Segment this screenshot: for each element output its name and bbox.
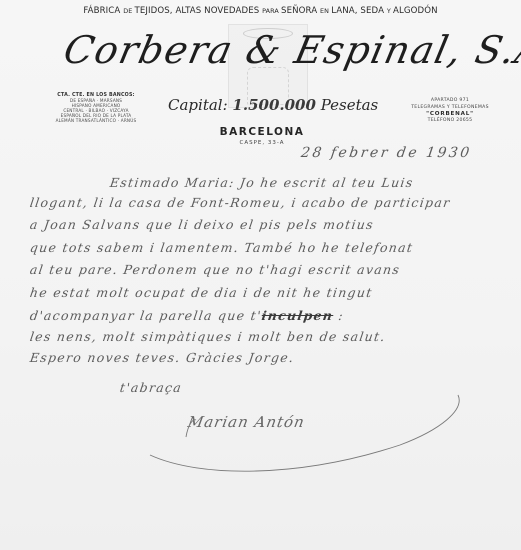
capital-currency: Pesetas bbox=[316, 96, 378, 114]
street-address: CASPE, 33-A bbox=[216, 140, 308, 146]
contact-info: APARTADO 971 TELEGRAMAS Y TELEFONEMAS "C… bbox=[406, 98, 494, 124]
company-name: Corbera & Espinal, S.A. bbox=[60, 28, 489, 72]
tagline-part: TEJIDOS, ALTAS NOVEDADES bbox=[135, 6, 263, 16]
letter-line: d'acompanyar la parella que t'inculpen : bbox=[29, 308, 345, 323]
letter-salutation: Estimado Maria: Jo he escrit al teu Luis bbox=[109, 175, 415, 190]
letter-line: al teu pare. Perdonem que no t'hagi escr… bbox=[29, 262, 401, 277]
capital-label: Capital: bbox=[168, 96, 232, 114]
bank-accounts: CTA. CTE. EN LOS BANCOS: DE ESPAÑA · MAR… bbox=[40, 93, 152, 123]
letter-line: he estat molt ocupat de dia i de nit he … bbox=[29, 285, 374, 300]
struck-suffix: : bbox=[332, 308, 345, 323]
letter-closing: t'abraça bbox=[119, 380, 183, 395]
struck-word: inculpen bbox=[261, 308, 335, 323]
letter-page: FÁBRICA DE TEJIDOS, ALTAS NOVEDADES PARA… bbox=[0, 0, 521, 550]
tagline-part: SEÑORA bbox=[281, 6, 320, 16]
tagline-part: DE bbox=[123, 7, 134, 15]
tagline-part: ALGODÓN bbox=[393, 6, 438, 16]
tagline-part: PARA bbox=[262, 7, 281, 15]
city: BARCELONA bbox=[216, 126, 308, 138]
letter-line-text: d'acompanyar la parella que t' bbox=[29, 308, 263, 323]
tagline-part: LANA, SEDA bbox=[331, 6, 387, 16]
signature: Marian Antón bbox=[186, 413, 306, 431]
capital-amount: 1.500.000 bbox=[232, 96, 316, 114]
phone: TELÉFONO 20655 bbox=[406, 118, 494, 125]
tagline-part: EN bbox=[320, 7, 331, 15]
letter-line: llogant, li la casa de Font-Romeu, i aca… bbox=[29, 195, 452, 210]
letter-line: a Joan Salvans que li deixo el pis pels … bbox=[29, 217, 375, 232]
tagline-part: FÁBRICA bbox=[83, 6, 123, 16]
capital-line: Capital: 1.500.000 Pesetas bbox=[168, 96, 378, 114]
bank-line: ALEMÁN TRANSATLÁNTICO · ARNÚS bbox=[40, 118, 152, 123]
letter-line: Espero noves teves. Gràcies Jorge. bbox=[29, 350, 295, 365]
letter-line: que tots sabem i lamentem. També ho he t… bbox=[29, 240, 414, 255]
letter-date: 28 febrer de 1930 bbox=[300, 145, 473, 161]
letter-line: les nens, molt simpàtiques i molt ben de… bbox=[29, 329, 387, 344]
letterhead-tagline: FÁBRICA DE TEJIDOS, ALTAS NOVEDADES PARA… bbox=[0, 6, 521, 16]
